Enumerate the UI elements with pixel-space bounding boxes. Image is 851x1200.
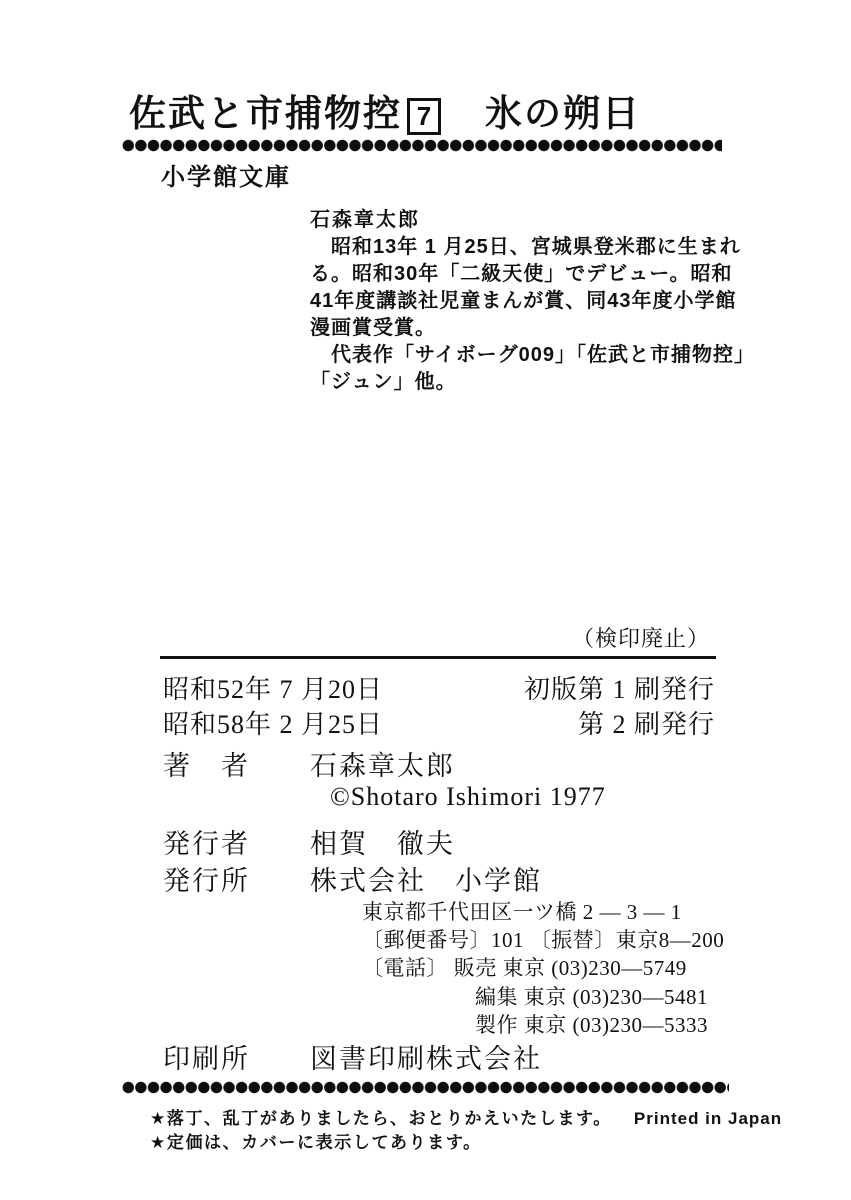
author-bio-line: 昭和13年 1 月25日、宮城県登米郡に生まれ <box>310 234 750 261</box>
horizontal-rule <box>160 656 716 659</box>
address-postal-furikae: 〔郵便番号〕101 〔振替〕東京8—200 <box>362 926 708 954</box>
author-bio-line: 代表作「サイボーグ009」「佐武と市捕物控」 <box>310 342 750 369</box>
edition-row-second: 昭和58年 2 月25日 第 2 刷発行 <box>163 704 715 741</box>
publisher-office-value: 株式会社 小学館 <box>310 859 542 898</box>
dotted-separator-top <box>122 139 722 152</box>
book-subtitle: 氷の朔日 <box>485 93 641 134</box>
author-label: 著 者 <box>163 744 310 783</box>
imprint-label: 小学館文庫 <box>161 157 291 192</box>
publisher-person-row: 発行者 相賀 徹夫 <box>163 822 723 861</box>
phone-editorial: 編集 東京 (03)230—5481 <box>362 983 708 1011</box>
address-street: 東京都千代田区一ツ橋 2 — 3 — 1 <box>362 898 708 926</box>
publisher-office-row: 発行所 株式会社 小学館 <box>163 859 723 898</box>
printer-value: 図書印刷株式会社 <box>310 1037 542 1076</box>
printer-label: 印刷所 <box>163 1037 310 1076</box>
copyright-line: ©Shotaro Ishimori 1977 <box>330 782 606 812</box>
author-bio-line: る。昭和30年「二級天使」でデビュー。昭和 <box>310 261 750 288</box>
edition-first-label: 初版第 1 刷発行 <box>524 669 715 706</box>
publisher-person-label: 発行者 <box>163 822 310 861</box>
kenin-haishi-note: （検印廃止） <box>572 622 710 653</box>
edition-first-date: 昭和52年 7 月20日 <box>163 669 383 706</box>
phone-production: 製作 東京 (03)230—5333 <box>362 1011 708 1039</box>
author-bio-line: 漫画賞受賞。 <box>310 315 750 342</box>
footer-note-price: ★定価は、カバーに表示してあります。 <box>150 1128 482 1153</box>
author-bio-line: 41年度講談社児童まんが賞、同43年度小学館 <box>310 288 750 315</box>
author-bio: 石森章太郎 昭和13年 1 月25日、宮城県登米郡に生まれ る。昭和30年「二級… <box>310 207 750 396</box>
author-bio-line: 「ジュン」他。 <box>310 369 750 396</box>
printer-row: 印刷所 図書印刷株式会社 <box>163 1037 723 1076</box>
book-title-main: 佐武と市捕物控 <box>129 93 402 134</box>
dotted-separator-bottom <box>122 1081 729 1094</box>
phone-sales: 〔電話〕 販売 東京 (03)230—5749 <box>362 954 708 982</box>
publisher-office-label: 発行所 <box>163 859 310 898</box>
printed-in-japan: Printed in Japan <box>634 1109 782 1128</box>
edition-second-label: 第 2 刷発行 <box>578 704 715 741</box>
author-bio-name: 石森章太郎 <box>310 207 750 234</box>
footer-note-first: ★落丁、乱丁がありましたら、おとりかえいたします。Printed in Japa… <box>150 1104 750 1129</box>
publisher-address-block: 東京都千代田区一ツ橋 2 — 3 — 1 〔郵便番号〕101 〔振替〕東京8—2… <box>362 898 708 1039</box>
colophon-page: 佐武と市捕物控7氷の朔日 小学館文庫 石森章太郎 昭和13年 1 月25日、宮城… <box>0 0 851 1200</box>
edition-row-first: 昭和52年 7 月20日 初版第 1 刷発行 <box>163 669 715 706</box>
volume-number-box: 7 <box>407 98 441 135</box>
publisher-person-value: 相賀 徹夫 <box>310 822 455 861</box>
edition-second-date: 昭和58年 2 月25日 <box>163 704 383 741</box>
footer-note-misprint: ★落丁、乱丁がありましたら、おとりかえいたします。 <box>150 1109 612 1128</box>
author-value: 石森章太郎 <box>310 744 455 783</box>
book-title: 佐武と市捕物控7氷の朔日 <box>129 83 641 137</box>
author-row: 著 者 石森章太郎 <box>163 744 723 783</box>
